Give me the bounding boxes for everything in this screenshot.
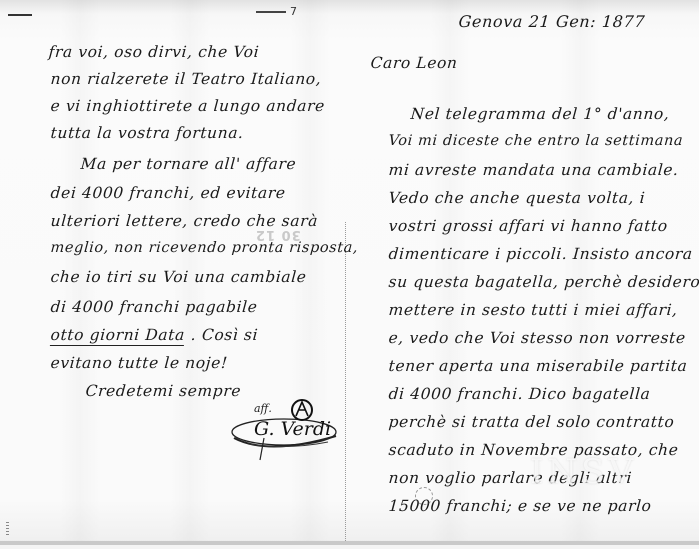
letter-line-underlined: otto giorni Data. Così si xyxy=(50,326,259,344)
letter-line: che io tiri su Voi una cambiale xyxy=(50,268,307,286)
page-fold-line xyxy=(345,222,346,545)
letter-line: e, vedo che Voi stesso non vorreste xyxy=(388,329,686,347)
archive-stamp: 30 12 xyxy=(255,227,301,242)
letter-line: non rialzerete il Teatro Italiano, xyxy=(50,70,322,88)
bottom-edge xyxy=(0,541,699,545)
letter-line: dei 4000 franchi, ed evitare xyxy=(50,184,286,202)
letter-line: mi avreste mandata una cambiale. xyxy=(388,161,679,179)
letter-scan: 7 fra voi, oso dirvi, che Voi non rialze… xyxy=(0,0,699,545)
right-page: Genova 21 Gen: 1877 Caro Leon Nel telegr… xyxy=(350,0,699,545)
underlined-phrase: otto giorni Data xyxy=(50,326,186,346)
letter-line: mettere in sesto tutti i miei affari, xyxy=(388,301,678,319)
left-page: fra voi, oso dirvi, che Voi non rialzere… xyxy=(0,0,345,545)
letter-line: Ma per tornare all' affare xyxy=(80,155,297,173)
signature-prefix: aff. xyxy=(254,402,272,415)
letter-line: tutta la vostra fortuna. xyxy=(50,124,244,142)
signature-name: G. Verdi xyxy=(254,418,331,440)
letter-line: Vedo che anche questa volta, i xyxy=(388,189,646,207)
letter-line: evitano tutte le noje! xyxy=(50,354,228,372)
signature: aff. G. Verdi xyxy=(228,398,340,466)
letter-line: e vi inghiottirete a lungo andare xyxy=(50,97,326,115)
dateline: Genova 21 Gen: 1877 xyxy=(458,12,646,31)
letter-line: di 4000 franchi. Dico bagatella xyxy=(388,385,651,403)
letter-line: tener aperta una miserabile partita xyxy=(388,357,688,375)
letter-line: su questa bagatella, perchè desidero xyxy=(388,273,699,291)
salutation: Caro Leon xyxy=(370,54,458,72)
letter-line: Nel telegramma del 1° d'anno, xyxy=(410,105,670,123)
letter-line: Voi mi diceste che entro la settimana xyxy=(388,133,684,149)
letter-line: scaduto in Novembre passato, che xyxy=(388,441,679,459)
letter-line: perchè si tratta del solo contratto xyxy=(388,413,675,431)
ink-blot xyxy=(415,487,433,505)
letter-line: fra voi, oso dirvi, che Voi xyxy=(48,43,260,61)
letter-line: vostri grossi affari vi hanno fatto xyxy=(388,217,668,235)
letter-line: meglio, non ricevendo pronta risposta, xyxy=(50,240,359,256)
closing-line: Credetemi sempre xyxy=(85,382,242,400)
letter-line: non voglio parlare degli altri xyxy=(388,469,633,487)
letter-line: dimenticare i piccoli. Insisto ancora xyxy=(388,245,693,263)
letter-line: di 4000 franchi pagabile xyxy=(50,298,258,316)
